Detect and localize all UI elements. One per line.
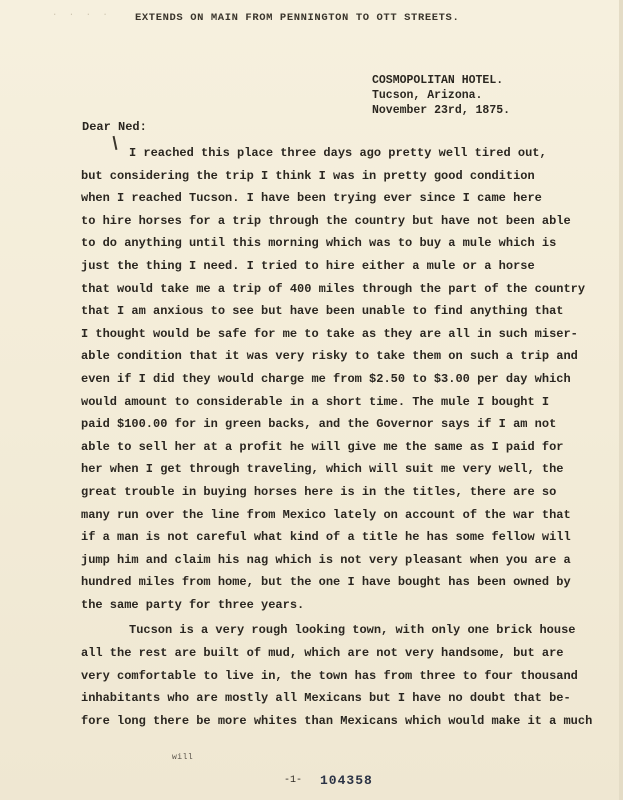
body-line: just the thing I need. I tried to hire e… <box>81 255 601 278</box>
body-line: paid $100.00 for in green backs, and the… <box>81 413 601 436</box>
page-number: -1- <box>284 775 302 786</box>
faint-stamp: · · · · <box>52 10 132 22</box>
body-line: even if I did they would charge me from … <box>81 368 601 391</box>
address-city: Tucson, Arizona. <box>372 88 510 103</box>
body-line: inhabitants who are mostly all Mexicans … <box>81 687 601 710</box>
letter-page: · · · · EXTENDS ON MAIN FROM PENNINGTON … <box>0 0 623 800</box>
body-line: all the rest are built of mud, which are… <box>81 642 601 665</box>
body-line: when I reached Tucson. I have been tryin… <box>81 187 601 210</box>
body-line: great trouble in buying horses here is i… <box>81 481 601 504</box>
body-line: fore long there be more whites than Mexi… <box>81 710 601 733</box>
body-line: able to sell her at a profit he will giv… <box>81 436 601 459</box>
header-line: EXTENDS ON MAIN FROM PENNINGTON TO OTT S… <box>135 12 459 24</box>
interlinear-insert: will <box>172 753 193 762</box>
body-line: but considering the trip I think I was i… <box>81 165 601 188</box>
address-date: November 23rd, 1875. <box>372 103 510 118</box>
catalog-number: 104358 <box>320 773 373 788</box>
letter-address: COSMOPOLITAN HOTEL. Tucson, Arizona. Nov… <box>372 73 510 118</box>
body-line: I thought would be safe for me to take a… <box>81 323 601 346</box>
body-line: would amount to considerable in a short … <box>81 391 601 414</box>
body-line: Tucson is a very rough looking town, wit… <box>81 619 601 642</box>
letter-body: I reached this place three days ago pret… <box>81 142 601 732</box>
salutation: Dear Ned: <box>82 120 147 134</box>
body-line: that I am anxious to see but have been u… <box>81 300 601 323</box>
body-line: her when I get through traveling, which … <box>81 458 601 481</box>
body-line: able condition that it was very risky to… <box>81 345 601 368</box>
body-line: that would take me a trip of 400 miles t… <box>81 278 601 301</box>
body-line: many run over the line from Mexico latel… <box>81 504 601 527</box>
body-line: to do anything until this morning which … <box>81 232 601 255</box>
body-line: hundred miles from home, but the one I h… <box>81 571 601 594</box>
paper-edge <box>619 0 623 800</box>
body-line: very comfortable to live in, the town ha… <box>81 665 601 688</box>
body-line: I reached this place three days ago pret… <box>81 142 601 165</box>
body-line: if a man is not careful what kind of a t… <box>81 526 601 549</box>
body-line: to hire horses for a trip through the co… <box>81 210 601 233</box>
body-line: the same party for three years. <box>81 594 601 617</box>
address-hotel: COSMOPOLITAN HOTEL. <box>372 73 510 88</box>
body-line: jump him and claim his nag which is not … <box>81 549 601 572</box>
